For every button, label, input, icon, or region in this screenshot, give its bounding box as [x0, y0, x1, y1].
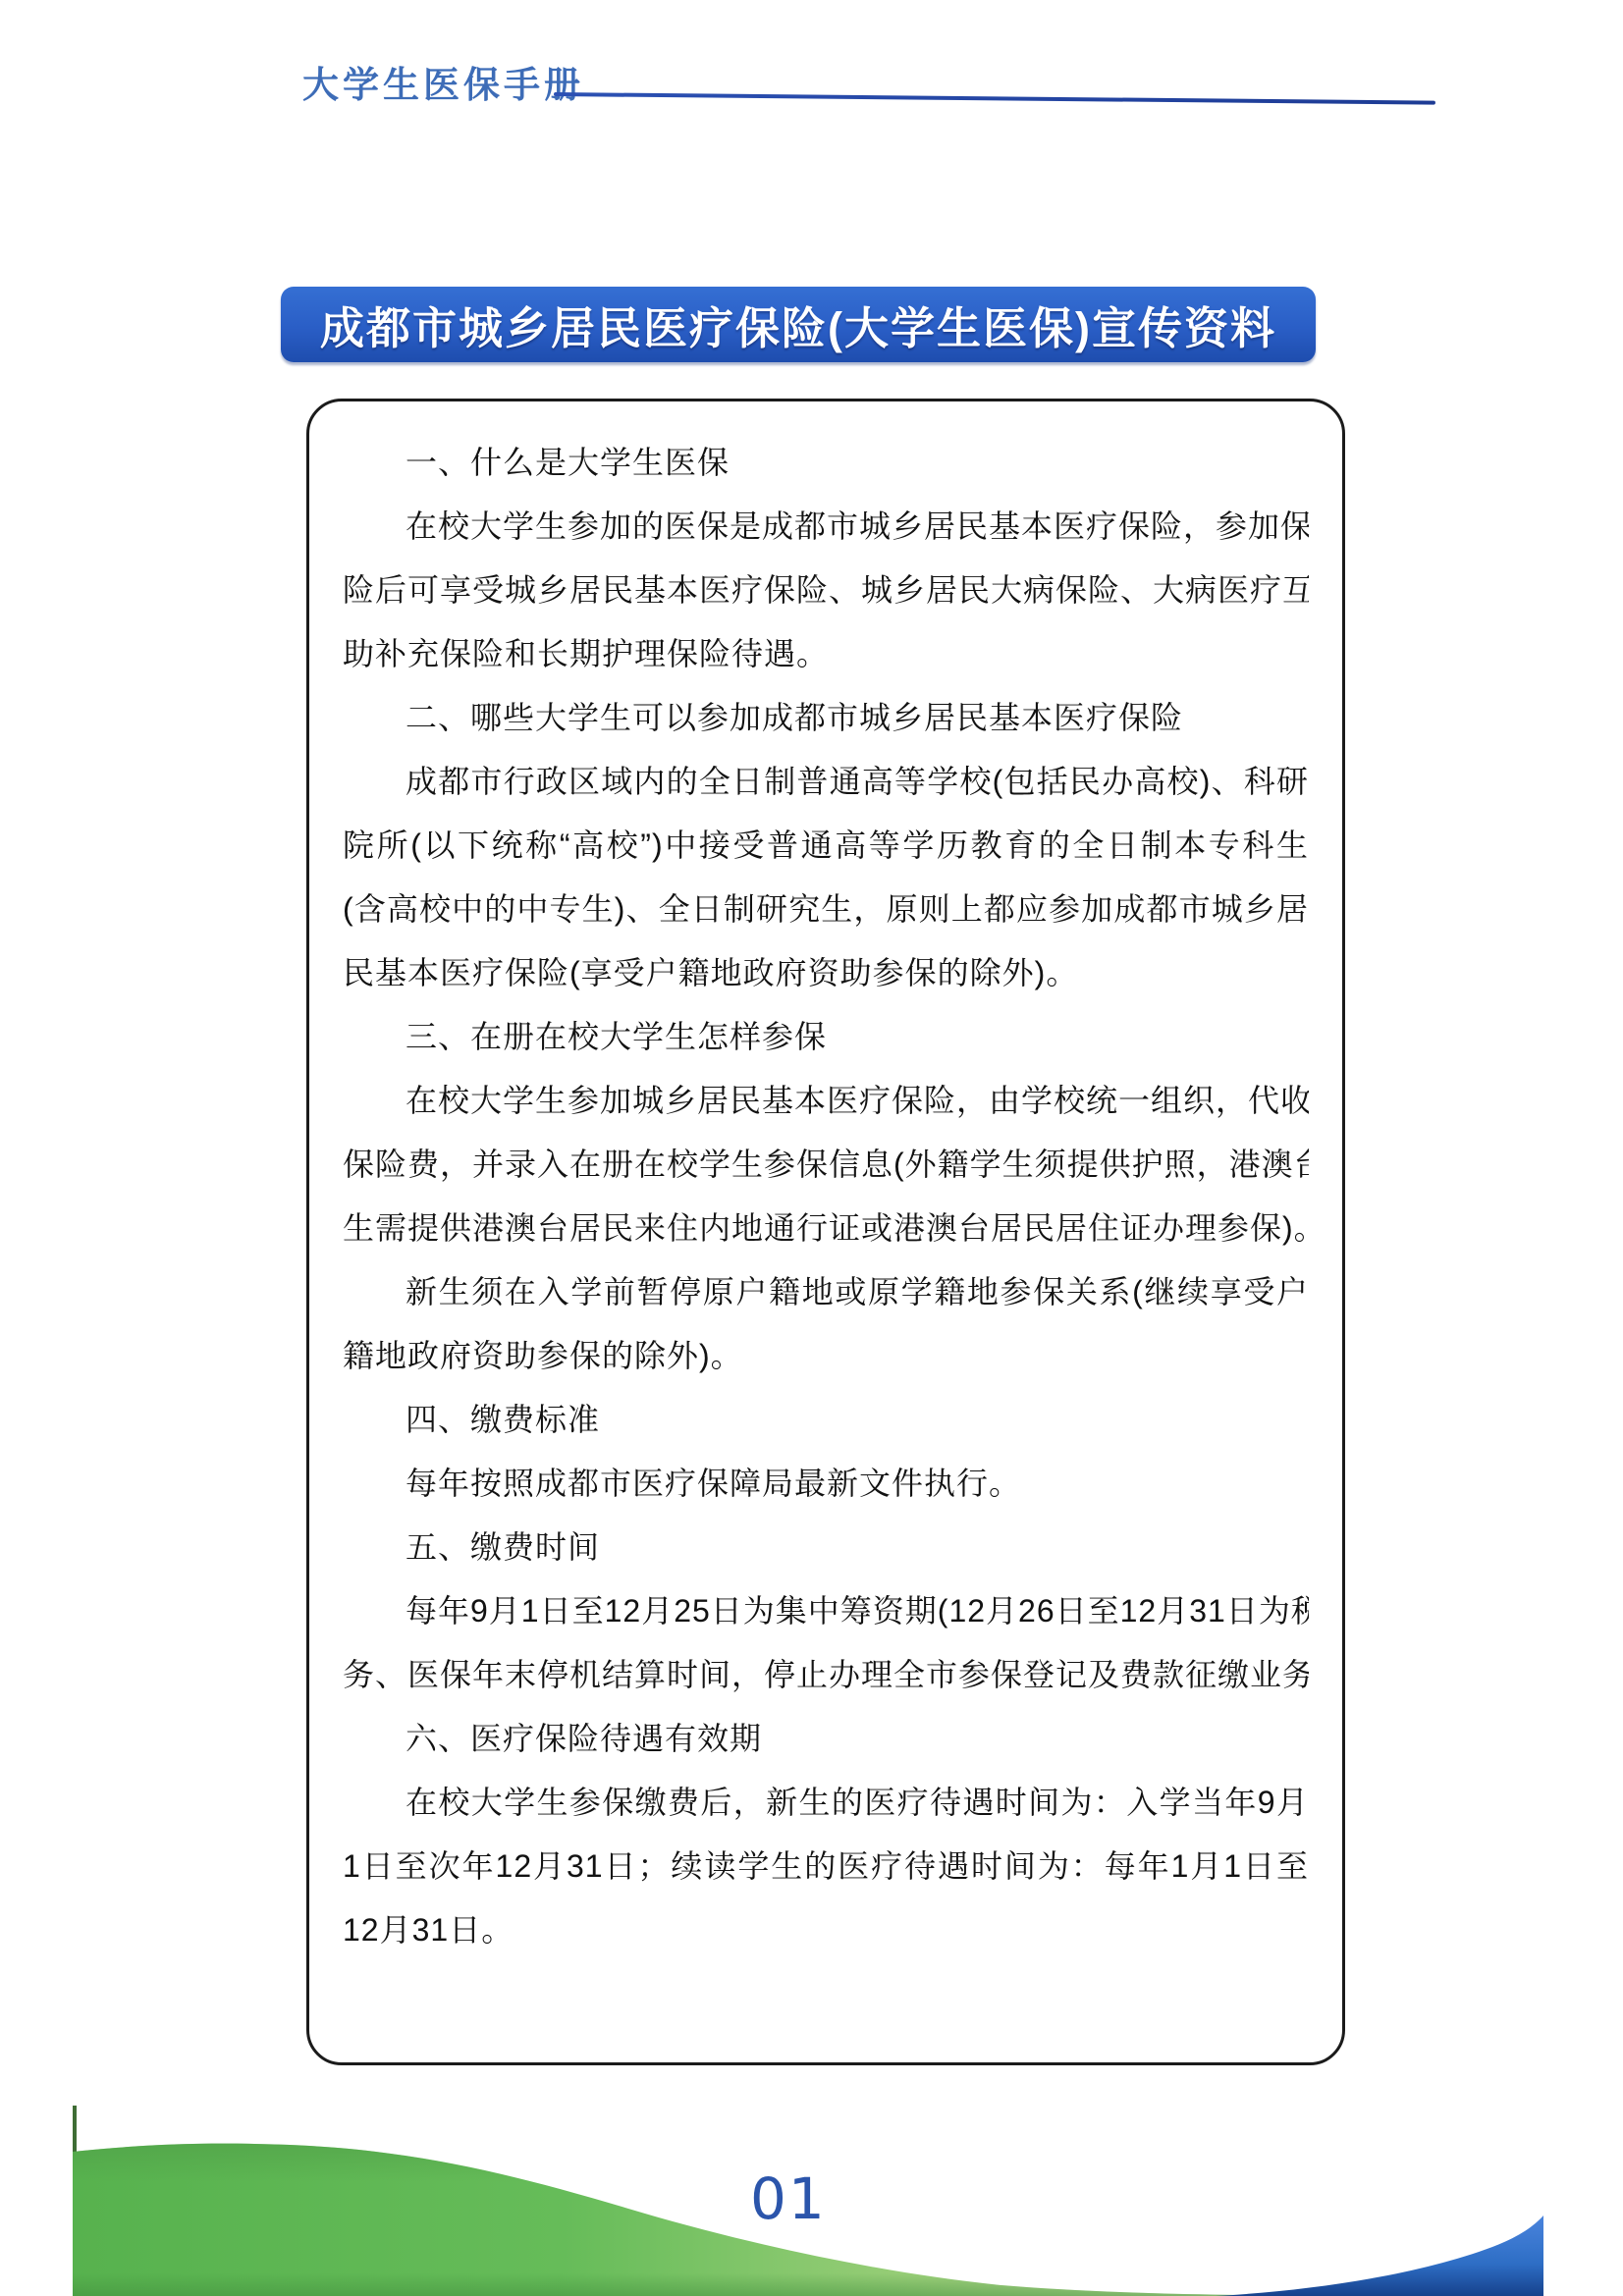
text-line: 一、什么是大学生医保 — [343, 431, 1309, 495]
text-line: 新生须在入学前暂停原户籍地或原学籍地参保关系(继续享受户 — [343, 1260, 1309, 1324]
banner: 成都市城乡居民医疗保险(大学生医保)宣传资料 — [281, 287, 1316, 362]
text-line: 民基本医疗保险(享受户籍地政府资助参保的除外)。 — [343, 941, 1309, 1005]
text-line: 在校大学生参保缴费后，新生的医疗待遇时间为：入学当年9月 — [343, 1771, 1309, 1835]
text-line: 院所(以下统称“高校”)中接受普通高等学历教育的全日制本专科生 — [343, 814, 1309, 878]
text-line: 助补充保险和长期护理保险待遇。 — [343, 622, 1309, 686]
text-line: 二、哪些大学生可以参加成都市城乡居民基本医疗保险 — [343, 686, 1309, 750]
text-line: 五、缴费时间 — [343, 1516, 1309, 1579]
banner-title: 成都市城乡居民医疗保险(大学生医保)宣传资料 — [320, 293, 1276, 356]
footer-decoration — [0, 2061, 1623, 2296]
text-line: 险后可享受城乡居民基本医疗保险、城乡居民大病保险、大病医疗互 — [343, 559, 1309, 622]
text-line: 籍地政府资助参保的除外)。 — [343, 1324, 1309, 1388]
text-line: 每年按照成都市医疗保障局最新文件执行。 — [343, 1452, 1309, 1516]
text-line: (含高校中的中专生)、全日制研究生，原则上都应参加成都市城乡居 — [343, 878, 1309, 941]
text-line: 务、医保年末停机结算时间，停止办理全市参保登记及费款征缴业务)。 — [343, 1643, 1309, 1707]
blue-wave-graphic — [1216, 2216, 1543, 2296]
text-line: 在校大学生参加的医保是成都市城乡居民基本医疗保险，参加保 — [343, 495, 1309, 559]
text-line: 在校大学生参加城乡居民基本医疗保险，由学校统一组织，代收 — [343, 1069, 1309, 1133]
text-line: 四、缴费标准 — [343, 1388, 1309, 1452]
text-line: 12月31日。 — [343, 1898, 1309, 1962]
handbook-header-title: 大学生医保手册 — [302, 55, 584, 108]
green-wave-shading — [73, 2144, 1473, 2296]
content-box: 一、什么是大学生医保在校大学生参加的医保是成都市城乡居民基本医疗保险，参加保险后… — [306, 399, 1345, 2065]
green-stem-mark — [73, 2106, 77, 2155]
text-line: 每年9月1日至12月25日为集中筹资期(12月26日至12月31日为税 — [343, 1579, 1309, 1643]
page-root: 大学生医保手册 成都市城乡居民医疗保险(大学生医保)宣传资料 一、什么是大学生医… — [0, 0, 1623, 2296]
text-line: 成都市行政区域内的全日制普通高等学校(包括民办高校)、科研 — [343, 750, 1309, 814]
text-line: 生需提供港澳台居民来住内地通行证或港澳台居民居住证办理参保)。 — [343, 1197, 1309, 1260]
content-lines: 一、什么是大学生医保在校大学生参加的医保是成都市城乡居民基本医疗保险，参加保险后… — [343, 431, 1309, 1962]
text-line: 1日至次年12月31日；续读学生的医疗待遇时间为：每年1月1日至 — [343, 1835, 1309, 1898]
text-line: 保险费，并录入在册在校学生参保信息(外籍学生须提供护照，港澳台学 — [343, 1133, 1309, 1197]
text-line: 三、在册在校大学生怎样参保 — [343, 1005, 1309, 1069]
text-line: 六、医疗保险待遇有效期 — [343, 1707, 1309, 1771]
header-rule-line — [554, 92, 1435, 105]
